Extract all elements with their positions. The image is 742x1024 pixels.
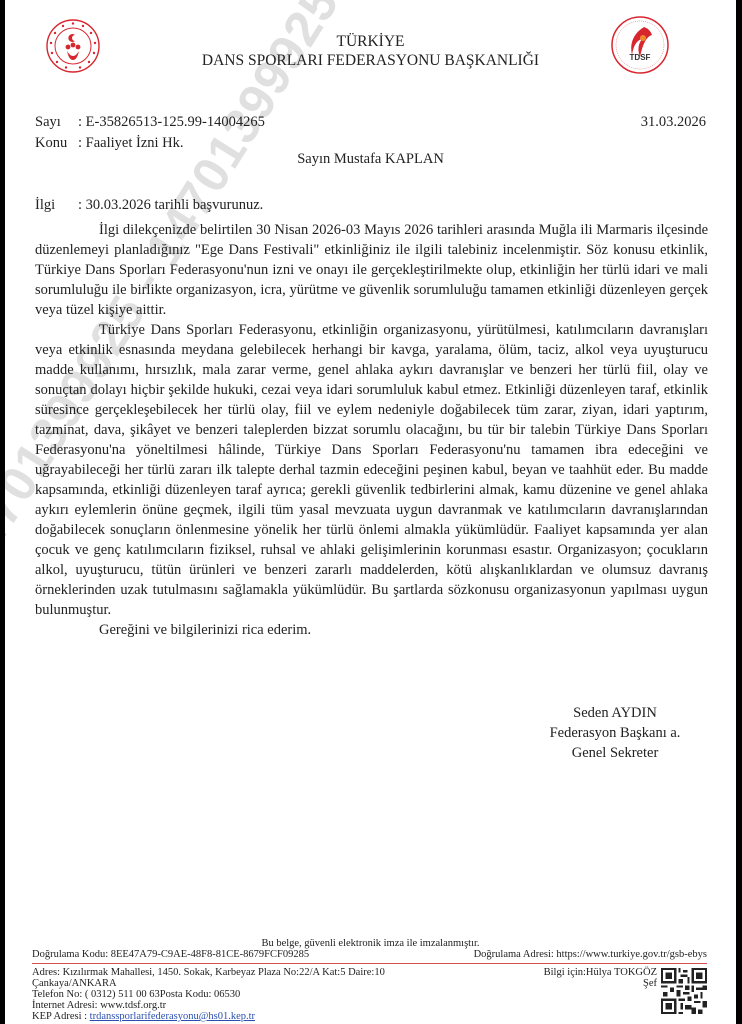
verification-row: Doğrulama Kodu: 8EE47A79-C9AE-48F8-81CE-… — [32, 949, 707, 964]
contact-address-block: Adres: Kızılırmak Mahallesi, 1450. Sokak… — [32, 967, 385, 1022]
kep-address-link[interactable]: trdanssporlarifederasyonu@hs01.kep.tr — [90, 1011, 255, 1022]
body-paragraph: Türkiye Dans Sporları Federasyonu, etkin… — [35, 320, 708, 620]
signature-block: Seden AYDIN Federasyon Başkanı a. Genel … — [545, 703, 685, 763]
ilgi-label: İlgi — [35, 197, 78, 214]
kep-label: KEP Adresi : — [32, 1011, 90, 1022]
signatory-name: Seden AYDIN — [545, 703, 685, 723]
addressee: Sayın Mustafa KAPLAN — [5, 151, 736, 168]
e-signature-note: Bu belge, güvenli elektronik imza ile im… — [5, 938, 736, 949]
sayi-label: Sayı — [35, 114, 78, 131]
website-line[interactable]: İnternet Adresi: www.tdsf.org.tr — [32, 1000, 385, 1011]
phone-line: Telefon No: ( 0312) 511 00 63Posta Kodu:… — [32, 989, 385, 1000]
signatory-title: Federasyon Başkanı a. — [545, 723, 685, 743]
document-page: 14701399925 - 14701399925 - 14701399925 — [5, 0, 736, 1024]
sayi-value: : E-35826513-125.99-14004265 — [78, 114, 265, 130]
address-city: Çankaya/ANKARA — [32, 978, 385, 989]
info-contact-role: Şef — [510, 978, 657, 989]
letter-body: İlgi dilekçenizde belirtilen 30 Nisan 20… — [35, 220, 708, 640]
letterhead-country: TÜRKİYE — [5, 32, 736, 51]
address-line: Adres: Kızılırmak Mahallesi, 1450. Sokak… — [32, 967, 385, 978]
info-contact-name: Bilgi için:Hülya TOKGÖZ — [510, 967, 657, 978]
info-contact-block: Bilgi için:Hülya TOKGÖZ Şef — [510, 967, 657, 989]
ilgi-row: İlgi: 30.03.2026 tarihli başvurunuz. — [35, 197, 263, 214]
letterhead-organization: DANS SPORLARI FEDERASYONU BAŞKANLIĞI — [5, 51, 736, 70]
ilgi-value: : 30.03.2026 tarihli başvurunuz. — [78, 197, 263, 213]
konu-row: Konu: Faaliyet İzni Hk. — [35, 135, 184, 152]
verification-address[interactable]: Doğrulama Adresi: https://www.turkiye.go… — [474, 949, 707, 960]
qr-code-icon[interactable] — [661, 968, 707, 1014]
letterhead-title: TÜRKİYE DANS SPORLARI FEDERASYONU BAŞKAN… — [5, 32, 736, 70]
verification-code: Doğrulama Kodu: 8EE47A79-C9AE-48F8-81CE-… — [32, 949, 309, 960]
body-paragraph: Gereğini ve bilgilerinizi rica ederim. — [35, 620, 708, 640]
konu-label: Konu — [35, 135, 78, 152]
body-paragraph: İlgi dilekçenizde belirtilen 30 Nisan 20… — [35, 220, 708, 320]
signatory-role: Genel Sekreter — [545, 743, 685, 763]
konu-value: : Faaliyet İzni Hk. — [78, 135, 184, 151]
sayi-row: Sayı: E-35826513-125.99-14004265 — [35, 114, 265, 131]
document-date: 31.03.2026 — [641, 114, 706, 131]
kep-line: KEP Adresi : trdanssporlarifederasyonu@h… — [32, 1011, 385, 1022]
